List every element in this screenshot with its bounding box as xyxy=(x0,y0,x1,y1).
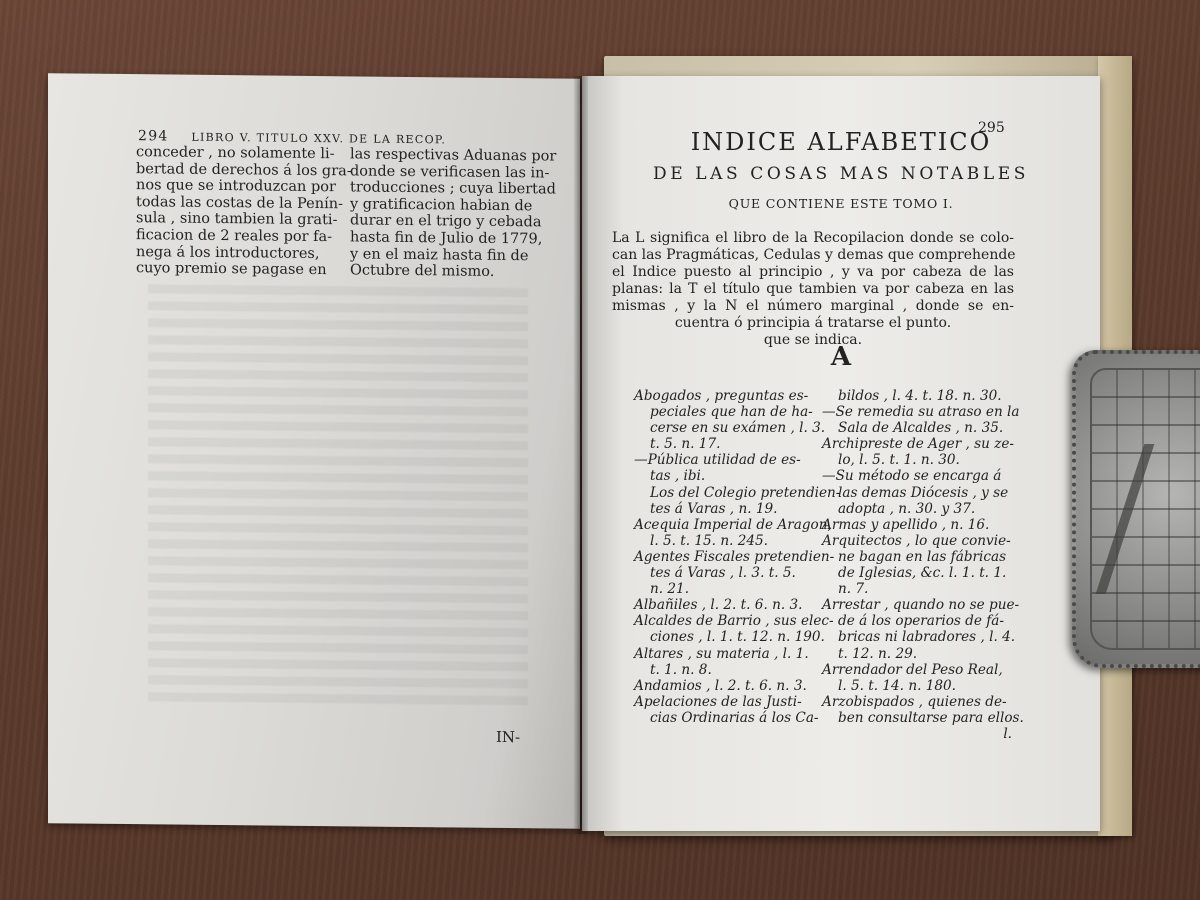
index-subtitle: DE LAS COSAS MAS NOTABLES xyxy=(582,164,1100,184)
index-entry: bildos , l. 4. t. 18. n. 30. xyxy=(822,388,1012,404)
index-entry: —Su método se encarga á xyxy=(822,468,1012,484)
index-entry: las demas Diócesis , y se xyxy=(822,485,1012,501)
index-entry: cias Ordinarias á los Ca- xyxy=(634,710,824,726)
index-entry: Arrestar , quando no se pue- xyxy=(822,597,1012,613)
index-entry: Agentes Fiscales pretendien- xyxy=(634,549,824,565)
index-entry: Armas y apellido , n. 16. xyxy=(822,517,1012,533)
index-entry: Arquitectos , lo que convie- xyxy=(822,533,1012,549)
index-entry: tes á Varas , n. 19. xyxy=(634,501,824,517)
running-head-title: LIBRO V. TITULO XXV. DE LA RECOP. xyxy=(191,131,446,147)
text-line: can las Pragmáticas, Cedulas y demas que… xyxy=(612,247,1014,264)
index-entry: n. 21. xyxy=(634,581,824,597)
index-entry: —Se remedia su atraso en la xyxy=(822,404,1012,420)
text-line: bertad de derechos á los gra- xyxy=(136,161,318,179)
book-gutter-shadow xyxy=(574,76,588,834)
text-line: hasta fin de Julio de 1779, xyxy=(350,229,530,247)
index-column-right: bildos , l. 4. t. 18. n. 30. —Se remedia… xyxy=(822,388,1012,742)
index-entry: Los del Colegio pretendien- xyxy=(634,485,824,501)
index-entry: Andamios , l. 2. t. 6. n. 3. xyxy=(634,678,824,694)
text-line: cuentra ó principia á tratarse el punto. xyxy=(612,315,1014,332)
text-line: durar en el trigo y cebada xyxy=(350,213,530,231)
text-line: donde se verificasen las in- xyxy=(350,163,530,181)
text-column-2: las respectivas Aduanas por donde se ver… xyxy=(350,146,530,281)
text-line: y en el maiz hasta fin de xyxy=(350,246,530,264)
text-line: troducciones ; cuya libertad xyxy=(350,180,530,198)
index-entry: Apelaciones de las Justi- xyxy=(634,694,824,710)
left-page: 294 LIBRO V. TITULO XXV. DE LA RECOP. co… xyxy=(48,73,580,829)
text-line: sula , sino tambien la grati- xyxy=(136,211,318,229)
index-entry: Alcaldes de Barrio , sus elec- xyxy=(634,613,824,629)
index-entry: de Iglesias, &c. l. 1. t. 1. xyxy=(822,565,1012,581)
index-entry: ben consultarse para ellos. xyxy=(822,710,1012,726)
text-line: el Indice puesto al principio , y va por… xyxy=(612,264,1014,281)
index-entry: t. 12. n. 29. xyxy=(822,646,1012,662)
index-entry: cerse en su exámen , l. 3. xyxy=(634,420,824,436)
text-line: cuyo premio se pagase en xyxy=(136,260,318,278)
text-line: nos que se introduzcan por xyxy=(136,177,318,195)
metal-bookmark-clasp xyxy=(1072,350,1200,668)
text-line: mismas , y la N el número marginal , don… xyxy=(612,298,1014,315)
text-line: ficacion de 2 reales por fa- xyxy=(136,227,318,245)
section-letter: A xyxy=(582,342,1100,372)
catchword: l. xyxy=(822,726,1012,742)
index-entry: Arrendador del Peso Real, xyxy=(822,662,1012,678)
index-entry: l. 5. t. 14. n. 180. xyxy=(822,678,1012,694)
index-entry: t. 1. n. 8. xyxy=(634,662,824,678)
index-entry: ciones , l. 1. t. 12. n. 190. xyxy=(634,629,824,645)
index-entry: peciales que han de ha- xyxy=(634,404,824,420)
index-entry: ne bagan en las fábricas xyxy=(822,549,1012,565)
text-line: nega á los introductores, xyxy=(136,244,318,262)
index-column-left: Abogados , preguntas es- peciales que ha… xyxy=(634,388,824,726)
index-entry: Sala de Alcaldes , n. 35. xyxy=(822,420,1012,436)
text-line: todas las costas de la Penín- xyxy=(136,194,318,212)
index-entry: de á los operarios de fá- xyxy=(822,613,1012,629)
index-entry: n. 7. xyxy=(822,581,1012,597)
index-entry: —Pública utilidad de es- xyxy=(634,452,824,468)
index-entry: t. 5. n. 17. xyxy=(634,436,824,452)
index-entry: Arzobispados , quienes de- xyxy=(822,694,1012,710)
index-title: INDICE ALFABETICO xyxy=(582,128,1100,156)
text-line: La L significa el libro de la Recopilaci… xyxy=(612,230,1014,247)
index-subtitle-2: QUE CONTIENE ESTE TOMO I. xyxy=(582,196,1100,211)
index-entry: Abogados , preguntas es- xyxy=(634,388,824,404)
text-line: conceder , no solamente li- xyxy=(136,144,318,162)
text-line: planas: la T el título que tambien va po… xyxy=(612,281,1014,298)
index-entry: tes á Varas , l. 3. t. 5. xyxy=(634,565,824,581)
text-column-1: conceder , no solamente li- bertad de de… xyxy=(136,144,318,279)
index-entry: lo, l. 5. t. 1. n. 30. xyxy=(822,452,1012,468)
bleed-through-text xyxy=(148,284,528,708)
index-entry: l. 5. t. 15. n. 245. xyxy=(634,533,824,549)
index-entry: Albañiles , l. 2. t. 6. n. 3. xyxy=(634,597,824,613)
index-entry: Acequia Imperial de Aragon, xyxy=(634,517,824,533)
right-page: 295 INDICE ALFABETICO DE LAS COSAS MAS N… xyxy=(582,76,1100,831)
index-entry: tas , ibi. xyxy=(634,468,824,484)
page-number: 294 xyxy=(138,128,169,144)
text-line: Octubre del mismo. xyxy=(350,263,530,281)
index-entry: adopta , n. 30. y 37. xyxy=(822,501,1012,517)
text-line: las respectivas Aduanas por xyxy=(350,146,530,164)
text-line: y gratificacion habian de xyxy=(350,196,530,214)
index-entry: Archipreste de Ager , su ze- xyxy=(822,436,1012,452)
intro-paragraph: La L significa el libro de la Recopilaci… xyxy=(612,230,1014,349)
catchword: IN- xyxy=(496,728,520,746)
index-entry: bricas ni labradores , l. 4. xyxy=(822,629,1012,645)
index-entry: Altares , su materia , l. 1. xyxy=(634,646,824,662)
